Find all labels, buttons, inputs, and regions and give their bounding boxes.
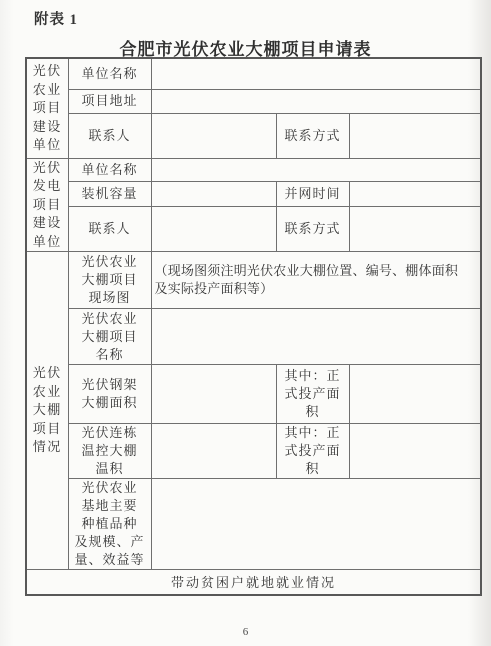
group3-site-plan-label: 光伏农业 大棚项目 现场图 [68, 252, 151, 309]
group1-unit-name-value-cell [151, 58, 481, 89]
group3-project-name-value-cell [151, 309, 481, 365]
group1-project-address-value-cell [151, 89, 481, 113]
group2-grid-time-value-cell [349, 181, 481, 206]
group1-unit-name-label: 单位名称 [68, 58, 151, 89]
table-row: 联系人 联系方式 [26, 113, 481, 158]
group3-steel-area-sub-value-cell [349, 365, 481, 424]
group3-base-planting-label: 光伏农业 基地主要 种植品种 及规模、产 量、效益等 [68, 479, 151, 570]
group1-project-address-label: 项目地址 [68, 89, 151, 113]
table-row: 光伏 农业 大棚 项目 情况 光伏农业 大棚项目 现场图 （现场图须注明光伏农业… [26, 252, 481, 309]
group3-site-plan-note: （现场图须注明光伏农业大棚位置、编号、棚体面积 及实际投产面积等） [151, 252, 481, 309]
group2-capacity-value-cell [151, 181, 276, 206]
group2-header: 光伏 发电 项目 建设 单位 [26, 158, 68, 252]
group3-steel-area-value-cell [151, 365, 276, 424]
group2-contact-method-value-cell [349, 206, 481, 251]
group3-base-planting-value-cell [151, 479, 481, 570]
scanned-document-page: 附表 1 合肥市光伏农业大棚项目申请表 光伏 农业 项目 建设 单位 单位名称 … [0, 0, 491, 646]
group1-header: 光伏 农业 项目 建设 单位 [26, 58, 68, 158]
table-row: 项目地址 [26, 89, 481, 113]
group2-contact-value-cell [151, 206, 276, 251]
group3-multi-span-sub-label: 其中：正 式投产面 积 [276, 424, 349, 479]
group2-contact-label: 联系人 [68, 206, 151, 251]
group1-contact-value-cell [151, 113, 276, 158]
group2-contact-method-label: 联系方式 [276, 206, 349, 251]
group1-contact-label: 联系人 [68, 113, 151, 158]
group3-steel-area-label: 光伏钢架 大棚面积 [68, 365, 151, 424]
application-form-table: 光伏 农业 项目 建设 单位 单位名称 项目地址 联系人 联系方式 光伏 发电 … [25, 57, 482, 596]
table-row: 光伏连栋 温控大棚 温积 其中：正 式投产面 积 [26, 424, 481, 479]
group2-unit-name-label: 单位名称 [68, 158, 151, 181]
group3-multi-span-label: 光伏连栋 温控大棚 温积 [68, 424, 151, 479]
table-row: 装机容量 并网时间 [26, 181, 481, 206]
group3-header: 光伏 农业 大棚 项目 情况 [26, 252, 68, 570]
table-row: 光伏 农业 项目 建设 单位 单位名称 [26, 58, 481, 89]
table-row: 光伏农业 大棚项目 名称 [26, 309, 481, 365]
poverty-employment-row-label: 带动贫困户就地就业情况 [26, 570, 481, 595]
group3-multi-span-value-cell [151, 424, 276, 479]
table-row: 联系人 联系方式 [26, 206, 481, 251]
group3-steel-area-sub-label: 其中：正 式投产面 积 [276, 365, 349, 424]
table-row: 光伏 发电 项目 建设 单位 单位名称 [26, 158, 481, 181]
group1-contact-method-label: 联系方式 [276, 113, 349, 158]
group2-grid-time-label: 并网时间 [276, 181, 349, 206]
group3-project-name-label: 光伏农业 大棚项目 名称 [68, 309, 151, 365]
group3-multi-span-sub-value-cell [349, 424, 481, 479]
group2-unit-name-value-cell [151, 158, 481, 181]
table-row: 光伏农业 基地主要 种植品种 及规模、产 量、效益等 [26, 479, 481, 570]
group1-contact-method-value-cell [349, 113, 481, 158]
page-number: 6 [0, 626, 491, 638]
table-row: 光伏钢架 大棚面积 其中：正 式投产面 积 [26, 365, 481, 424]
table-row: 带动贫困户就地就业情况 [26, 570, 481, 595]
appendix-label: 附表 1 [34, 8, 78, 29]
group2-capacity-label: 装机容量 [68, 181, 151, 206]
